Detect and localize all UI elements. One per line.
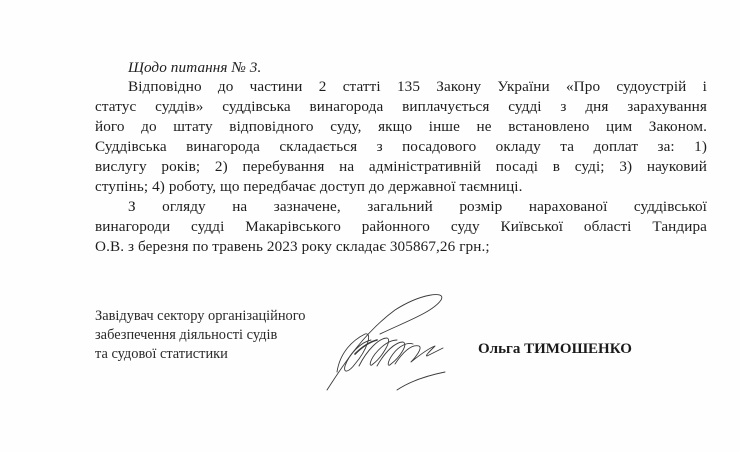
signer-name: Ольга ТИМОШЕНКО: [478, 341, 632, 358]
paragraph-1-line-6: ступінь; 4) роботу, що передбачає доступ…: [95, 177, 523, 196]
paragraph-2-line-2: винагороди судді Макарівського районного…: [95, 217, 707, 236]
paragraph-2-line-3: О.В. з березня по травень 2023 року скла…: [95, 237, 490, 256]
signer-position-line-3: та судової статистики: [95, 345, 306, 364]
paragraph-1-line-1: Відповідно до частини 2 статті 135 Закон…: [128, 77, 707, 96]
signer-position-line-1: Завідувач сектору організаційного: [95, 307, 306, 326]
paragraph-2-line-1: З огляду на зазначене, загальний розмір …: [128, 197, 707, 216]
paragraph-1-line-4: Суддівська винагорода складається з поса…: [95, 137, 707, 156]
handwritten-signature-icon: [325, 292, 455, 392]
signer-position: Завідувач сектору організаційного забезп…: [95, 307, 306, 364]
paragraph-1-line-5: вислугу років; 2) перебування на адмініс…: [95, 157, 707, 176]
document-page: Щодо питання № 3. Відповідно до частини …: [0, 0, 740, 452]
signer-position-line-2: забезпечення діяльності судів: [95, 326, 306, 345]
section-heading: Щодо питання № 3.: [128, 58, 261, 77]
paragraph-1-line-2: статус суддів» суддівська винагорода вип…: [95, 97, 707, 116]
paragraph-1-line-3: його до штату відповідного суду, якщо ін…: [95, 117, 707, 136]
